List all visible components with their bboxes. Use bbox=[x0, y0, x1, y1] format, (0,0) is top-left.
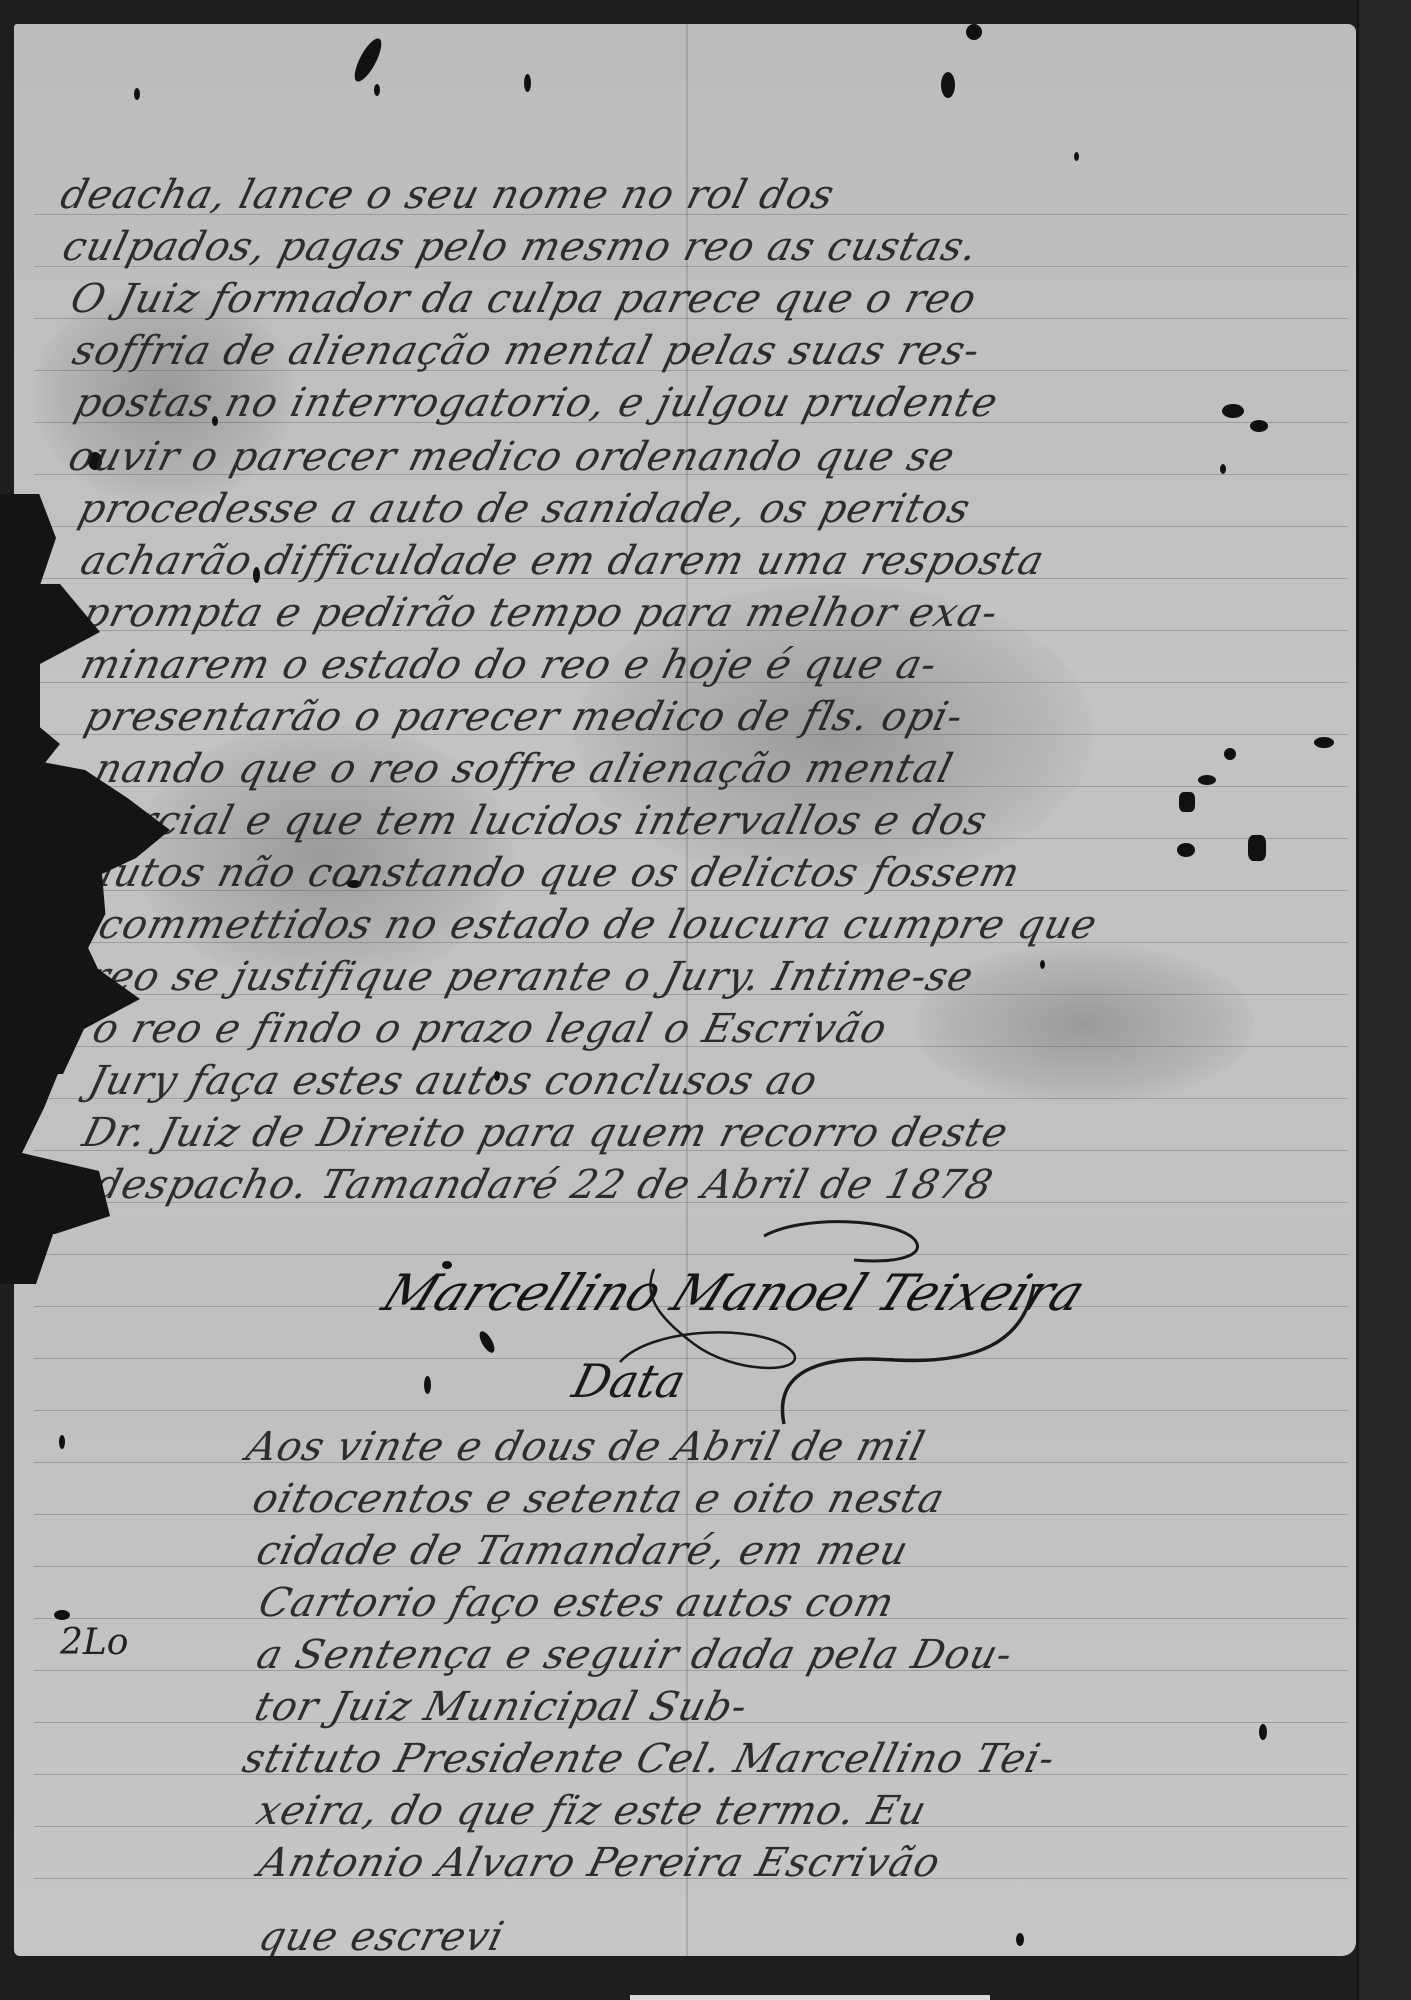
text-line: que escrevi bbox=[254, 1914, 509, 1960]
text-line: stituto Presidente Cel. Marcellino Tei- bbox=[238, 1736, 1060, 1782]
text-line: cidade de Tamandaré, em meu bbox=[252, 1528, 913, 1574]
manuscript-page: deacha, lance o seu nome no rol dos culp… bbox=[14, 24, 1356, 1956]
text-line: oitocentos e setenta e oito nesta bbox=[248, 1476, 949, 1522]
text-line: tor Juiz Municipal Sub- bbox=[250, 1684, 753, 1730]
section-heading-data: Data bbox=[567, 1354, 691, 1408]
text-line: Cartorio faço estes autos com bbox=[254, 1580, 899, 1626]
margin-note: 2Lo bbox=[60, 1622, 128, 1663]
scanner-edge-strip bbox=[1357, 0, 1411, 2000]
text-line: xeira, do que fiz este termo. Eu bbox=[252, 1788, 932, 1834]
text-line: Aos vinte e dous de Abril de mil bbox=[242, 1424, 930, 1470]
text-line: Antonio Alvaro Pereira Escrivão bbox=[254, 1840, 945, 1886]
text-line: a Sentença e seguir dada pela Dou- bbox=[252, 1632, 1018, 1678]
scanner-bottom-sliver bbox=[630, 1995, 990, 2000]
